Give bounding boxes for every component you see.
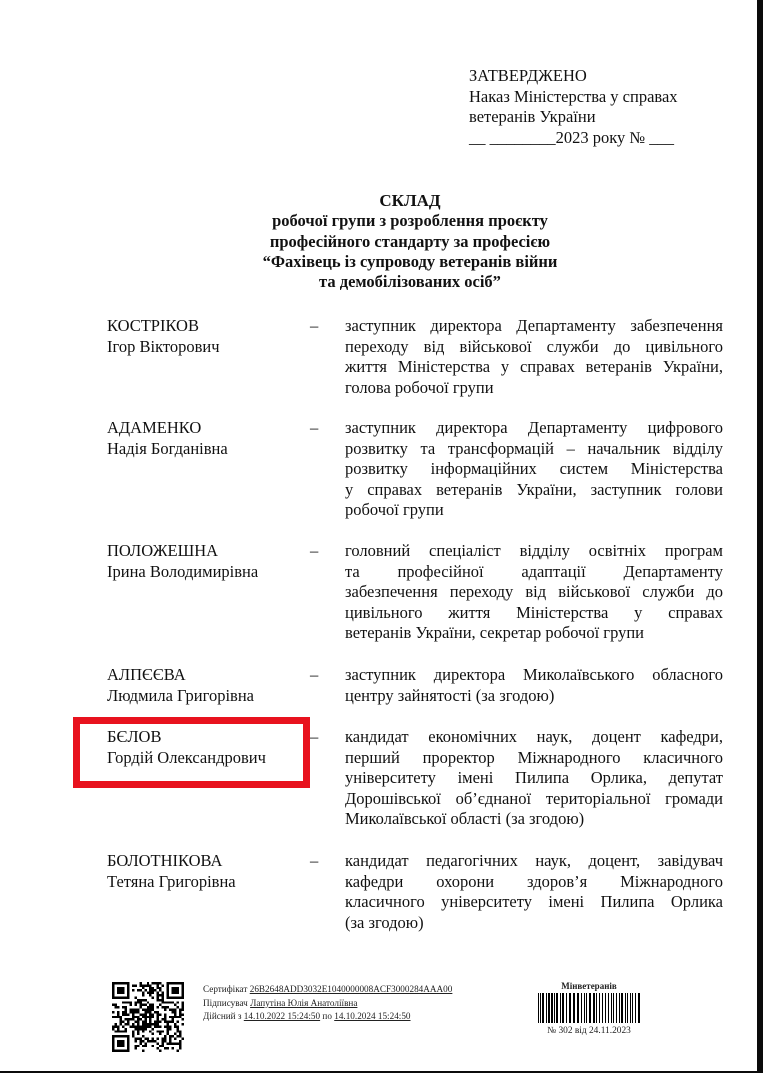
document-title: СКЛАД робочої групи з розроблення проєкт… [180, 191, 640, 292]
member-description-line: кандидат педагогічних наук, доцент, заві… [345, 851, 723, 872]
member-given-names: Тетяна Григорівна [107, 872, 307, 893]
member-description-line: цивільного життя Міністерства у справах [345, 603, 723, 624]
valid-to: 14.10.2024 15:24:50 [334, 1011, 410, 1021]
member-description-line: життя Міністерства у справах ветеранів У… [345, 357, 723, 378]
member-description-line: класичного університету імені Пилипа Орл… [345, 892, 723, 913]
member-name: АДАМЕНКОНадія Богданівна [107, 418, 307, 459]
member-dash: – [310, 418, 318, 439]
signer-label: Підписувач [203, 998, 248, 1008]
title-line-4: та демобілізованих осіб” [180, 272, 640, 292]
member-description-line: (за згодою) [345, 913, 723, 934]
member-description: кандидат економічних наук, доцент кафедр… [345, 727, 723, 830]
member-description-line: центру зайнятості (за згодою) [345, 686, 723, 707]
valid-from: 14.10.2022 15:24:50 [244, 1011, 320, 1021]
member-surname: АДАМЕНКО [107, 418, 307, 439]
member-dash: – [310, 851, 318, 872]
registration-number: № 302 від 24.11.2023 [533, 1026, 645, 1036]
member-description-line: робочої групи [345, 500, 723, 521]
title-line-2: професійного стандарту за професією [180, 232, 640, 252]
member-name: БЄЛОВГордій Олександрович [107, 727, 307, 768]
valid-separator: по [322, 1011, 332, 1021]
member-description-line: головний спеціаліст відділу освітніх про… [345, 541, 723, 562]
member-description-line: Миколаївської області (за згодою) [345, 809, 723, 830]
member-name: КОСТРІКОВІгор Вікторович [107, 316, 307, 357]
member-given-names: Ірина Володимирівна [107, 562, 307, 583]
approval-order-line2: ветеранів України [469, 107, 678, 128]
member-description-line: розвитку та трансформацій – начальник ві… [345, 439, 723, 460]
member-surname: БОЛОТНІКОВА [107, 851, 307, 872]
approval-block: ЗАТВЕРДЖЕНО Наказ Міністерства у справах… [469, 66, 678, 148]
approval-date-number: __ ________2023 року № ___ [469, 128, 678, 149]
approval-order-line1: Наказ Міністерства у справах [469, 87, 678, 108]
member-description: заступник директора Департаменту цифрово… [345, 418, 723, 521]
member-description-line: розвитку інформаційних систем Міністерст… [345, 459, 723, 480]
validity-row: Дійсний з 14.10.2022 15:24:50 по 14.10.2… [203, 1010, 452, 1024]
member-description-line: заступник директора Миколаївського облас… [345, 665, 723, 686]
document-page: ЗАТВЕРДЖЕНО Наказ Міністерства у справах… [0, 0, 757, 1071]
certificate-row: Сертифікат 26B2648ADD3032E1040000008ACF3… [203, 983, 452, 997]
certificate-value: 26B2648ADD3032E1040000008ACF3000284AAA00 [250, 984, 453, 994]
member-description-line: голова робочої групи [345, 378, 723, 399]
member-surname: КОСТРІКОВ [107, 316, 307, 337]
page-edge-right [757, 0, 763, 1073]
title-line-3: “Фахівець із супроводу ветеранів війни [180, 252, 640, 272]
member-dash: – [310, 665, 318, 686]
barcode-icon [537, 993, 641, 1023]
member-surname: ПОЛОЖЕШНА [107, 541, 307, 562]
member-given-names: Людмила Григорівна [107, 686, 307, 707]
member-description-line: заступник директора Департаменту забезпе… [345, 316, 723, 337]
member-given-names: Гордій Олександрович [107, 748, 307, 769]
member-given-names: Ігор Вікторович [107, 337, 307, 358]
registration-organization: Мінветеранів [533, 981, 645, 991]
approval-status: ЗАТВЕРДЖЕНО [469, 66, 678, 87]
member-description-line: ветеранів України, секретар робочої груп… [345, 623, 723, 644]
signature-info: Сертифікат 26B2648ADD3032E1040000008ACF3… [203, 983, 452, 1024]
member-name: АЛПЄЄВАЛюдмила Григорівна [107, 665, 307, 706]
member-description-line: у справах ветеранів України, заступник г… [345, 480, 723, 501]
member-name: БОЛОТНІКОВАТетяна Григорівна [107, 851, 307, 892]
qr-code-icon [112, 982, 184, 1052]
signer-value: Лапутіна Юлія Анатоліївна [250, 998, 357, 1008]
signer-row: Підписувач Лапутіна Юлія Анатоліївна [203, 997, 452, 1011]
title-heading: СКЛАД [180, 191, 640, 211]
member-description-line: кафедри охорони здоров’я Міжнародного [345, 872, 723, 893]
member-description: заступник директора Миколаївського облас… [345, 665, 723, 706]
member-name: ПОЛОЖЕШНАІрина Володимирівна [107, 541, 307, 582]
member-dash: – [310, 316, 318, 337]
member-description-line: переходу від військової служби до цивіль… [345, 337, 723, 358]
member-description-line: заступник директора Департаменту цифрово… [345, 418, 723, 439]
member-surname: БЄЛОВ [107, 727, 307, 748]
registration-stamp: Мінветеранів № 302 від 24.11.2023 [533, 981, 645, 1036]
certificate-label: Сертифікат [203, 984, 247, 994]
member-description-line: забезпечення переходу від військової слу… [345, 582, 723, 603]
valid-label: Дійсний з [203, 1011, 242, 1021]
member-description-line: Дорошівської об’єднаної територіальної г… [345, 789, 723, 810]
member-dash: – [310, 727, 318, 748]
member-description-line: кандидат економічних наук, доцент кафедр… [345, 727, 723, 748]
member-surname: АЛПЄЄВА [107, 665, 307, 686]
member-description: кандидат педагогічних наук, доцент, заві… [345, 851, 723, 933]
member-description-line: перший проректор Міжнародного класичного [345, 748, 723, 769]
member-description-line: та професійної адаптації Департаменту [345, 562, 723, 583]
title-line-1: робочої групи з розроблення проєкту [180, 211, 640, 231]
member-dash: – [310, 541, 318, 562]
member-description: головний спеціаліст відділу освітніх про… [345, 541, 723, 644]
member-description: заступник директора Департаменту забезпе… [345, 316, 723, 398]
member-description-line: університету імені Пилипа Орлика, депута… [345, 768, 723, 789]
member-given-names: Надія Богданівна [107, 439, 307, 460]
